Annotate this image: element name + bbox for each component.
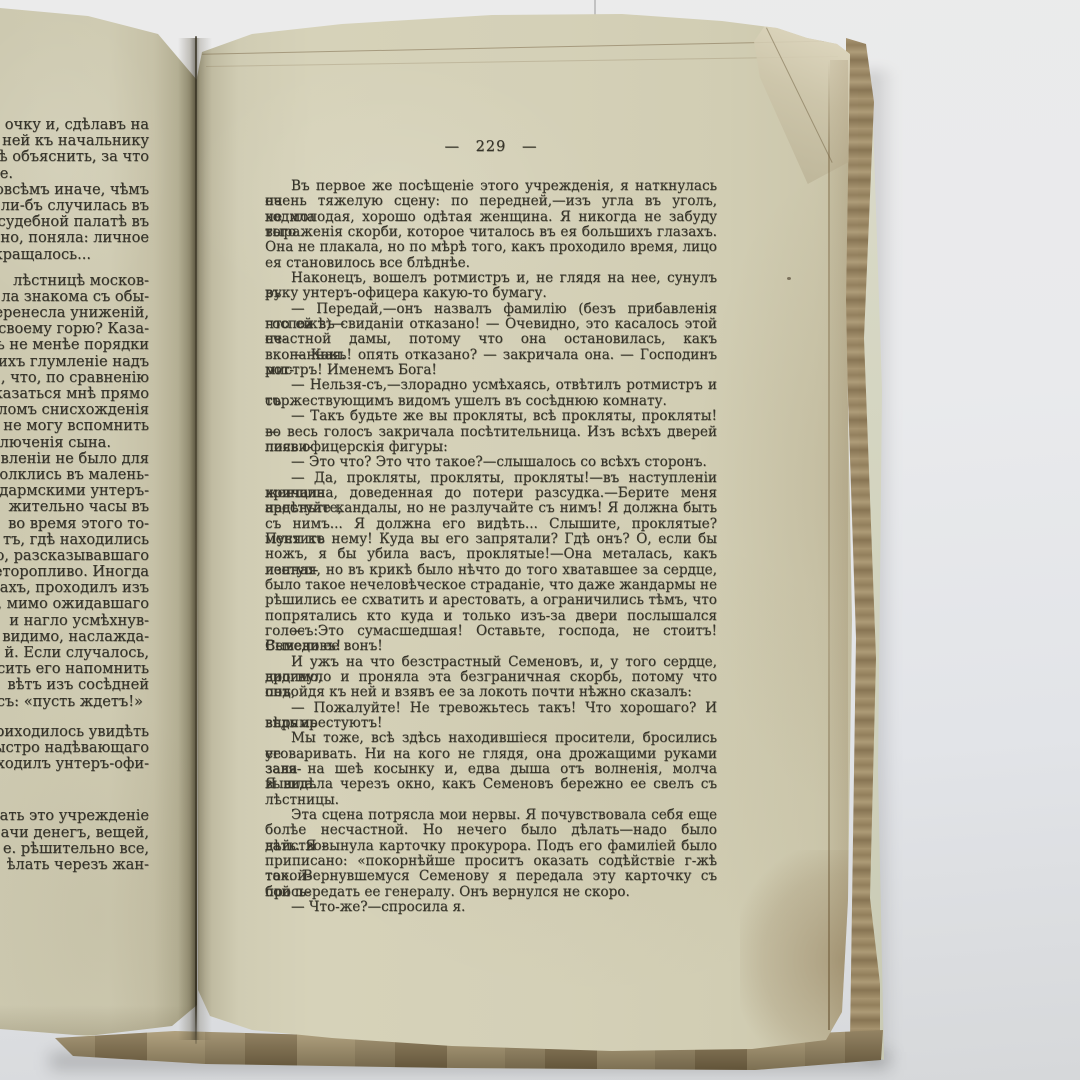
text-line: го, разсказывавшаго <box>0 548 149 564</box>
text-line: ахъ, проходилъ изъ <box>0 580 149 596</box>
text-line: уговаривать. Ни на кого не глядя, она др… <box>265 747 717 762</box>
page-edge-shading <box>830 60 848 1035</box>
text-line: дармскими унтеръ- <box>0 483 149 499</box>
text-line: чно, поняла: личное <box>0 230 149 246</box>
text-line: асъ: «пусть ждетъ!» <box>0 694 149 710</box>
text-line: ленная, но въ крикѣ было нѣчто до того х… <box>265 563 717 578</box>
text-line: Наконецъ, вошелъ ротмистръ и, не глядя н… <box>265 271 717 286</box>
text-line: И ужъ на что безстрастный Семеновъ, и, у… <box>265 655 717 670</box>
text-line: лись офицерскія фигуры: <box>265 440 717 455</box>
text-line: бой передать ее генералу. Онъ вернулся н… <box>265 885 717 900</box>
text-line: Я видѣла черезъ окно, какъ Семеновъ бере… <box>265 777 717 792</box>
page-number-label: — 229 — <box>445 139 538 155</box>
text-line: — Такъ будьте же вы прокляты, всѣ прокля… <box>265 409 717 424</box>
text-line: лѣстницѣ москов- <box>0 273 149 289</box>
text-line: ла знакома съ обы- <box>0 289 149 305</box>
text-line: своему горю? Каза- <box>0 321 149 337</box>
left-page: очку и, сдѣлавъ наней къ начальникуѣ объ… <box>0 0 197 1080</box>
text-line: судебной палатѣ въ <box>0 214 149 230</box>
page-crease-line <box>206 56 838 67</box>
text-line: не могу вспомнить <box>0 418 149 434</box>
text-line: надѣньте кандалы, но не разлучайте съ ни… <box>265 501 717 516</box>
text-line: — Передай,—онъ назвалъ фамилію (безъ при… <box>265 302 717 317</box>
text-line: ли-бъ случилась въ <box>0 198 149 214</box>
text-line: было такое нечеловѣческое страданіе, что… <box>265 578 717 593</box>
page-crease-line <box>202 40 842 54</box>
text-line: вѣтъ изъ сосѣдней <box>0 677 149 693</box>
text-line: ѣ объяснить, за что <box>0 149 149 165</box>
text-line: и нагло усмѣхнув- <box>0 613 149 629</box>
text-line: ея становилось все блѣднѣе. <box>265 256 717 271</box>
text-line: Выведи ее вонъ! <box>265 639 717 654</box>
page-number: — 229 — <box>265 139 717 155</box>
text-line: овсѣмъ иначе, чѣмъ <box>0 182 149 198</box>
text-line: лѣстницы. <box>265 793 717 808</box>
page-edge-fold-line <box>828 60 830 1030</box>
photo-of-open-book: очку и, сдѣлавъ наней къ начальникуѣ объ… <box>0 0 1080 1080</box>
text-line: мистръ! Именемъ Бога! <box>265 363 717 378</box>
text-line: меня къ нему! Куда вы его запрятали? Гдѣ… <box>265 532 717 547</box>
text-line: о, мимо ожидавшаго <box>0 596 149 612</box>
text-line: еренесла униженій, <box>0 305 149 321</box>
text-line: — Это сумасшедшая! Оставьте, господа, не… <box>265 624 717 639</box>
text-line: — Нельзя-съ,—злорадно усмѣхаясь, отвѣтил… <box>265 378 717 393</box>
text-line: Мы тоже, всѣ здѣсь находившіеся просител… <box>265 731 717 746</box>
text-line: попрятались кто куда и только изъ-за две… <box>265 609 717 624</box>
text-line: не молодая, хорошо одѣтая женщина. Я ник… <box>265 210 717 225</box>
text-line: е. рѣшительно все, <box>0 841 149 857</box>
right-page-text: Въ первое же посѣщеніе этого учрежденія,… <box>265 179 717 916</box>
text-line: кращалось... <box>0 247 149 263</box>
text-line: — Какъ! опять отказано? — закричала она.… <box>265 348 717 363</box>
text-line: то». Вернувшемуся Семенову я передала эт… <box>265 869 717 884</box>
text-line: ыстро надѣвающаго <box>0 740 149 756</box>
text-line: во весь голосъ закричала посѣтительница.… <box>265 425 717 440</box>
text-line: очку и, сдѣлавъ на <box>0 117 149 133</box>
text-line: — Что-же?—спросила я. <box>265 900 717 915</box>
text-line: ачи денегъ, вещей, <box>0 825 149 841</box>
text-line: Она не плакала, но по мѣрѣ того, какъ пр… <box>265 240 717 255</box>
text-line: ходилъ унтеръ-офи- <box>0 756 149 772</box>
text-line: еторопливо. Иногда <box>0 564 149 580</box>
text-line: , что, по сравненію <box>0 370 149 386</box>
text-line: подойдя къ ней и взявъ ее за локоть почт… <box>265 685 717 700</box>
text-line: аключенія сына. <box>0 435 149 451</box>
left-page-text: очку и, сдѣлавъ наней къ начальникуѣ объ… <box>0 117 149 873</box>
text-line: Эта сцена потрясла мои нервы. Я почувств… <box>265 808 717 823</box>
text-line: й. Если случалось, <box>0 645 149 661</box>
text-line: ней къ начальнику <box>0 133 149 149</box>
text-line: во время этого то- <box>0 516 149 532</box>
paper-speck <box>787 277 791 280</box>
text-line: женщина, доведенная до потери разсудка.—… <box>265 486 717 501</box>
text-line: ѣлать черезъ жан- <box>0 857 149 873</box>
text-line: вѣдь арестуютъ! <box>265 716 717 731</box>
right-page: — 229 — Въ первое же посѣщеніе этого учр… <box>192 0 860 1080</box>
text-line: приписано: «покорнѣйше проситъ оказать с… <box>265 854 717 869</box>
text-line: — Пожалуйте! Не тревожьтесь такъ! Что хо… <box>265 701 717 716</box>
text-line: — Да, прокляты, прокляты, прокляты!—въ н… <box>265 471 717 486</box>
text-line: ихъ глумленіе надъ <box>0 354 149 370</box>
text-line: ножъ, я бы убила васъ, проклятые!—Она ме… <box>265 547 717 562</box>
text-line: вленіи не было для <box>0 451 149 467</box>
text-line: торжествующимъ видомъ ушелъ въ сосѣднюю … <box>265 394 717 409</box>
text-line: болѣе несчастной. Но нечего было дѣлать—… <box>265 823 717 838</box>
text-line: тъ, гдѣ находились <box>0 532 149 548</box>
text-line: толклись въ малень- <box>0 467 149 483</box>
text-line: е. <box>0 166 149 182</box>
text-line: зала на шеѣ косынку и, едва дыша отъ вол… <box>265 762 717 777</box>
text-line: руку унтеръ-офицера какую-то бумагу. <box>265 286 717 301</box>
text-line: Въ первое же посѣщеніе этого учрежденія,… <box>265 179 717 194</box>
text-line: , видимо, наслажда- <box>0 629 149 645</box>
text-line: что ей въ свиданіи отказано! — Очевидно,… <box>265 317 717 332</box>
text-line: — Это что? Это что такое?—слышалось со в… <box>265 455 717 470</box>
text-line: вать. Я вынула карточку прокурора. Подъ … <box>265 839 717 854</box>
text-line: казаться мнѣ прямо <box>0 386 149 402</box>
text-line: аломъ снисхожденія <box>0 402 149 418</box>
text-line: счастной дамы, потому что она остановила… <box>265 332 717 347</box>
text-line: выраженія скорби, которое читалось въ ея… <box>265 225 717 240</box>
text-line: очень тяжелую сцену: по передней,—изъ уг… <box>265 194 717 209</box>
text-line: ь не менѣе порядки <box>0 337 149 353</box>
text-line: осить его напомнить <box>0 661 149 677</box>
text-line: риходилось увидѣть <box>0 724 149 740</box>
text-line: рѣшились ее схватить и арестовать, а огр… <box>265 593 717 608</box>
text-line: дрогнуло и проняла эта безграничная скор… <box>265 670 717 685</box>
text-line: жительно часы въ <box>0 499 149 515</box>
text-line: жать это учрежденіе <box>0 808 149 824</box>
text-line: съ нимъ... Я должна его видѣть... Слышит… <box>265 517 717 532</box>
